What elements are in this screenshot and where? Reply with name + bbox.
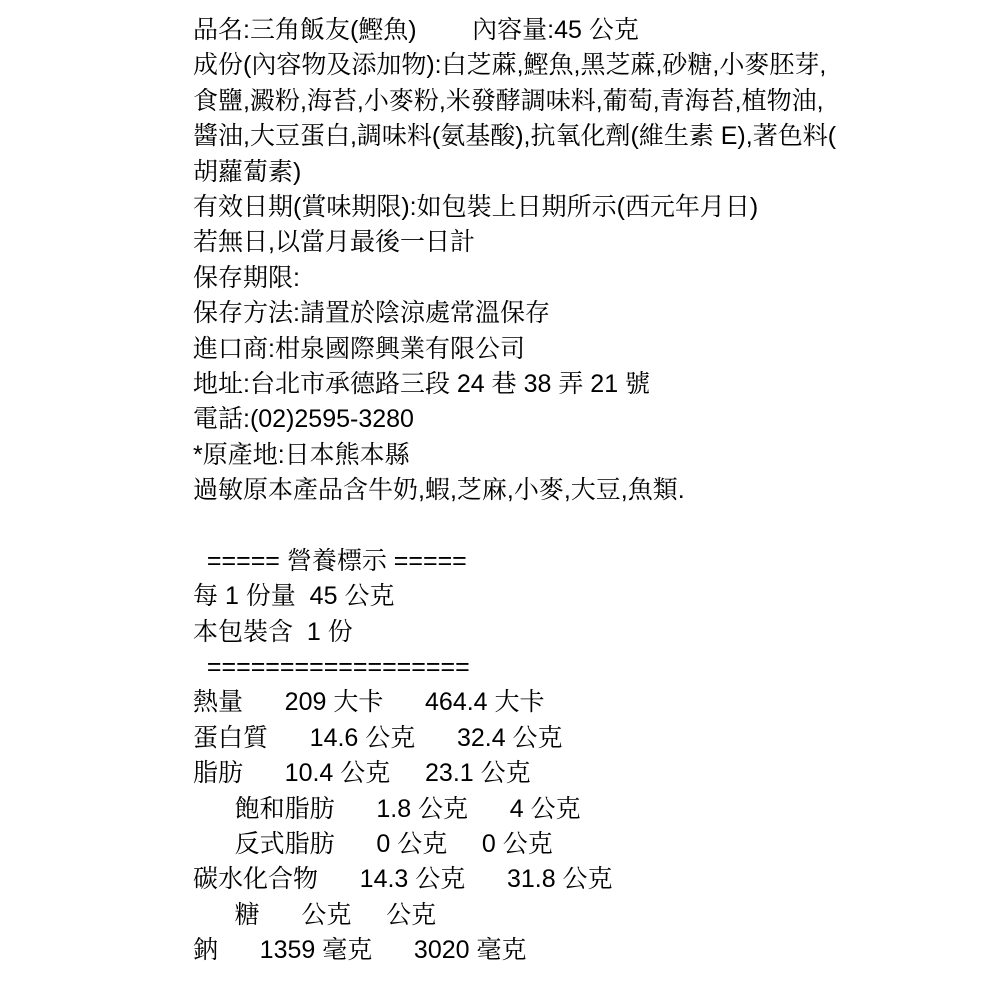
ingredients-line-4: 胡蘿蔔素) [193, 155, 970, 190]
address-line: 地址:台北市承德路三段 24 巷 38 弄 21 號 [193, 367, 970, 402]
sugar-row: 糖 公克 公克 [193, 898, 970, 933]
product-name-and-net-weight-line: 品名:三角飯友(鰹魚) 內容量:45 公克 [193, 13, 970, 48]
importer-line: 進口商:柑泉國際興業有限公司 [193, 332, 970, 367]
nutrition-title-line: ===== 營養標示 ===== [193, 544, 970, 579]
nutrition-divider-line: ================== [193, 650, 970, 685]
allergen-line: 過敏原本產品含牛奶,蝦,芝麻,小麥,大豆,魚類. [193, 473, 970, 508]
product-info-section: 品名:三角飯友(鰹魚) 內容量:45 公克 成份(內容物及添加物):白芝蔴,鰹魚… [193, 13, 970, 509]
serving-size-line: 每 1 份量 45 公克 [193, 579, 970, 614]
origin-line: *原產地:日本熊本縣 [193, 438, 970, 473]
nutrition-facts-section: ===== 營養標示 ===== 每 1 份量 45 公克 本包裝含 1 份 =… [193, 544, 970, 969]
shelf-life-line: 保存期限: [193, 261, 970, 296]
fat-row: 脂肪 10.4 公克 23.1 公克 [193, 756, 970, 791]
calories-row: 熱量 209 大卡 464.4 大卡 [193, 685, 970, 720]
protein-row: 蛋白質 14.6 公克 32.4 公克 [193, 721, 970, 756]
expiry-date-line: 有效日期(賞味期限):如包裝上日期所示(西元年月日) [193, 190, 970, 225]
servings-per-package-line: 本包裝含 1 份 [193, 615, 970, 650]
carbohydrate-row: 碳水化合物 14.3 公克 31.8 公克 [193, 862, 970, 897]
storage-method-line: 保存方法:請置於陰涼處常溫保存 [193, 296, 970, 331]
ingredients-line-3: 醬油,大豆蛋白,調味料(氨基酸),抗氧化劑(維生素 E),著色料( [193, 119, 970, 154]
product-label-document: 品名:三角飯友(鰹魚) 內容量:45 公克 成份(內容物及添加物):白芝蔴,鰹魚… [0, 0, 1000, 1000]
ingredients-line-2: 食鹽,澱粉,海苔,小麥粉,米發酵調味料,葡萄,青海苔,植物油, [193, 84, 970, 119]
ingredients-line-1: 成份(內容物及添加物):白芝蔴,鰹魚,黑芝蔴,砂糖,小麥胚芽, [193, 48, 970, 83]
sodium-row: 鈉 1359 毫克 3020 毫克 [193, 933, 970, 968]
saturated-fat-row: 飽和脂肪 1.8 公克 4 公克 [193, 792, 970, 827]
expiry-note-line: 若無日,以當月最後一日計 [193, 225, 970, 260]
phone-line: 電話:(02)2595-3280 [193, 402, 970, 437]
trans-fat-row: 反式脂肪 0 公克 0 公克 [193, 827, 970, 862]
